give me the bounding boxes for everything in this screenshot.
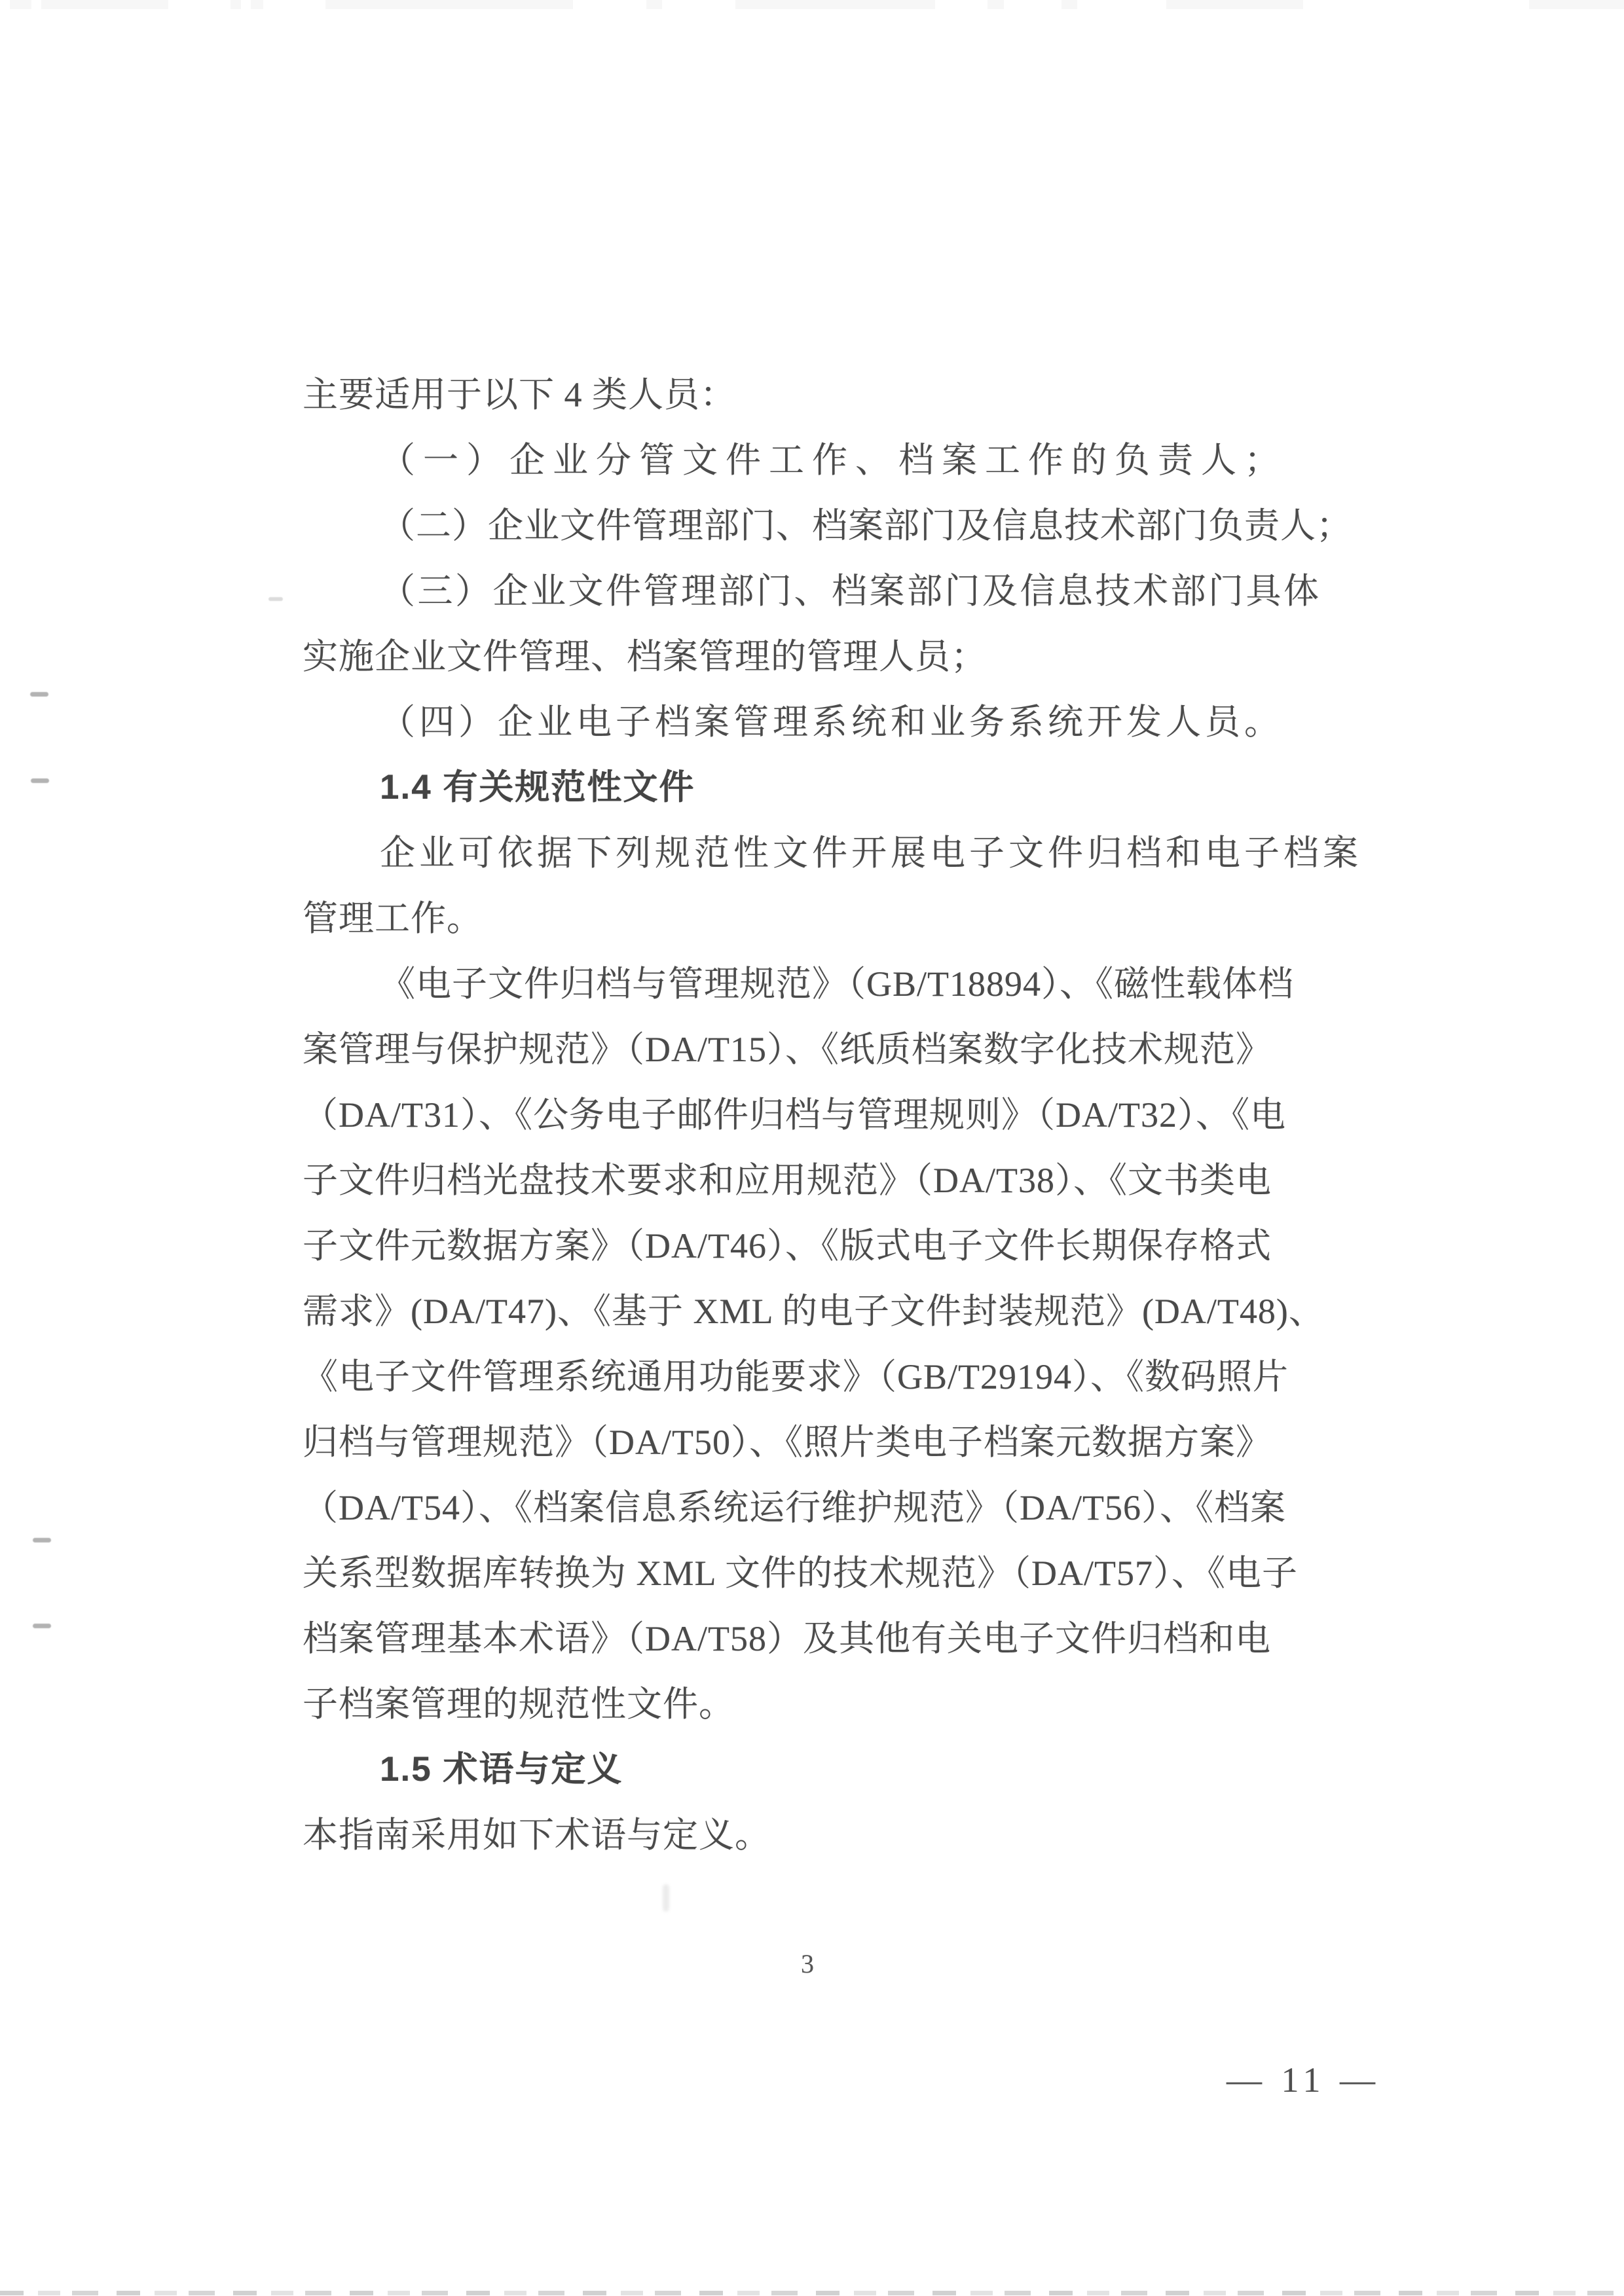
text-line: 需求》(DA/T47)、《基于 XML 的电子文件封装规范》(DA/T48)、 bbox=[303, 1290, 1325, 1332]
text-line: （四）企业电子档案管理系统和业务系统开发人员。 bbox=[303, 701, 1283, 743]
text-line: 企业可依据下列规范性文件开展电子文件归档和电子档案 bbox=[303, 832, 1362, 874]
text-line: 管理工作。 bbox=[303, 898, 483, 939]
scan-artifact bbox=[1166, 0, 1303, 9]
text-line: 子档案管理的规范性文件。 bbox=[303, 1683, 735, 1725]
text-line: 案管理与保护规范》（DA/T15）、《纸质档案数字化技术规范》 bbox=[303, 1029, 1272, 1070]
document-page: 主要适用于以下 4 类人员：（一）企业分管文件工作、档案工作的负责人；（二）企业… bbox=[0, 0, 1624, 2296]
scan-artifact-dash bbox=[30, 692, 48, 697]
text-line: 实施企业文件管理、档案管理的管理人员； bbox=[303, 636, 987, 678]
scan-artifact-dash bbox=[31, 778, 49, 783]
text-line: 子文件元数据方案》（DA/T46）、《版式电子文件长期保存格式 bbox=[303, 1225, 1272, 1267]
footnote-page-number: 3 bbox=[788, 1950, 827, 1978]
scan-artifact bbox=[231, 0, 241, 9]
scan-artifact-dash bbox=[268, 597, 283, 601]
scan-artifact bbox=[735, 0, 935, 9]
scan-artifact bbox=[1061, 0, 1077, 9]
text-line: 子文件归档光盘技术要求和应用规范》（DA/T38）、《文书类电 bbox=[303, 1159, 1272, 1201]
text-line: （DA/T54）、《档案信息系统运行维护规范》（DA/T56）、《档案 bbox=[303, 1487, 1286, 1529]
scan-artifact bbox=[1529, 0, 1624, 9]
text-line: 本指南采用如下术语与定义。 bbox=[303, 1814, 771, 1856]
text-line: （一）企业分管文件工作、档案工作的负责人； bbox=[303, 439, 1287, 481]
text-line: （三）企业文件管理部门、档案部门及信息技术部门具体 bbox=[303, 570, 1321, 612]
text-line: 关系型数据库转换为 XML 文件的技术规范》（DA/T57）、《电子 bbox=[303, 1552, 1298, 1594]
text-line: （DA/T31）、《公务电子邮件归档与管理规则》（DA/T32）、《电 bbox=[303, 1094, 1286, 1136]
scan-artifact-dash bbox=[33, 1538, 51, 1542]
scan-artifact bbox=[10, 0, 31, 9]
section-heading: 1.5 术语与定义 bbox=[303, 1749, 623, 1791]
text-line: （二）企业文件管理部门、档案部门及信息技术部门负责人； bbox=[303, 505, 1352, 547]
scan-artifact bbox=[646, 0, 662, 9]
scan-artifact-dash bbox=[33, 1624, 51, 1628]
text-line: 归档与管理规范》（DA/T50）、《照片类电子档案元数据方案》 bbox=[303, 1421, 1272, 1463]
scan-artifact-smudge bbox=[663, 1884, 669, 1912]
scan-artifact-bottom bbox=[0, 2291, 1624, 2295]
text-line: 主要适用于以下 4 类人员： bbox=[303, 374, 736, 416]
text-line: 档案管理基本术语》（DA/T58）及其他有关电子文件归档和电 bbox=[303, 1618, 1271, 1660]
scan-artifact bbox=[251, 0, 263, 9]
scan-artifact bbox=[987, 0, 1004, 9]
page-number-footer: — 11 — bbox=[1227, 2060, 1380, 2100]
text-line: 《电子文件管理系统通用功能要求》（GB/T29194）、《数码照片 bbox=[303, 1356, 1289, 1398]
scan-artifact bbox=[325, 0, 573, 9]
text-line: 《电子文件归档与管理规范》（GB/T18894）、《磁性载体档 bbox=[303, 963, 1294, 1005]
scan-artifact bbox=[41, 0, 168, 9]
section-heading: 1.4 有关规范性文件 bbox=[303, 767, 695, 809]
